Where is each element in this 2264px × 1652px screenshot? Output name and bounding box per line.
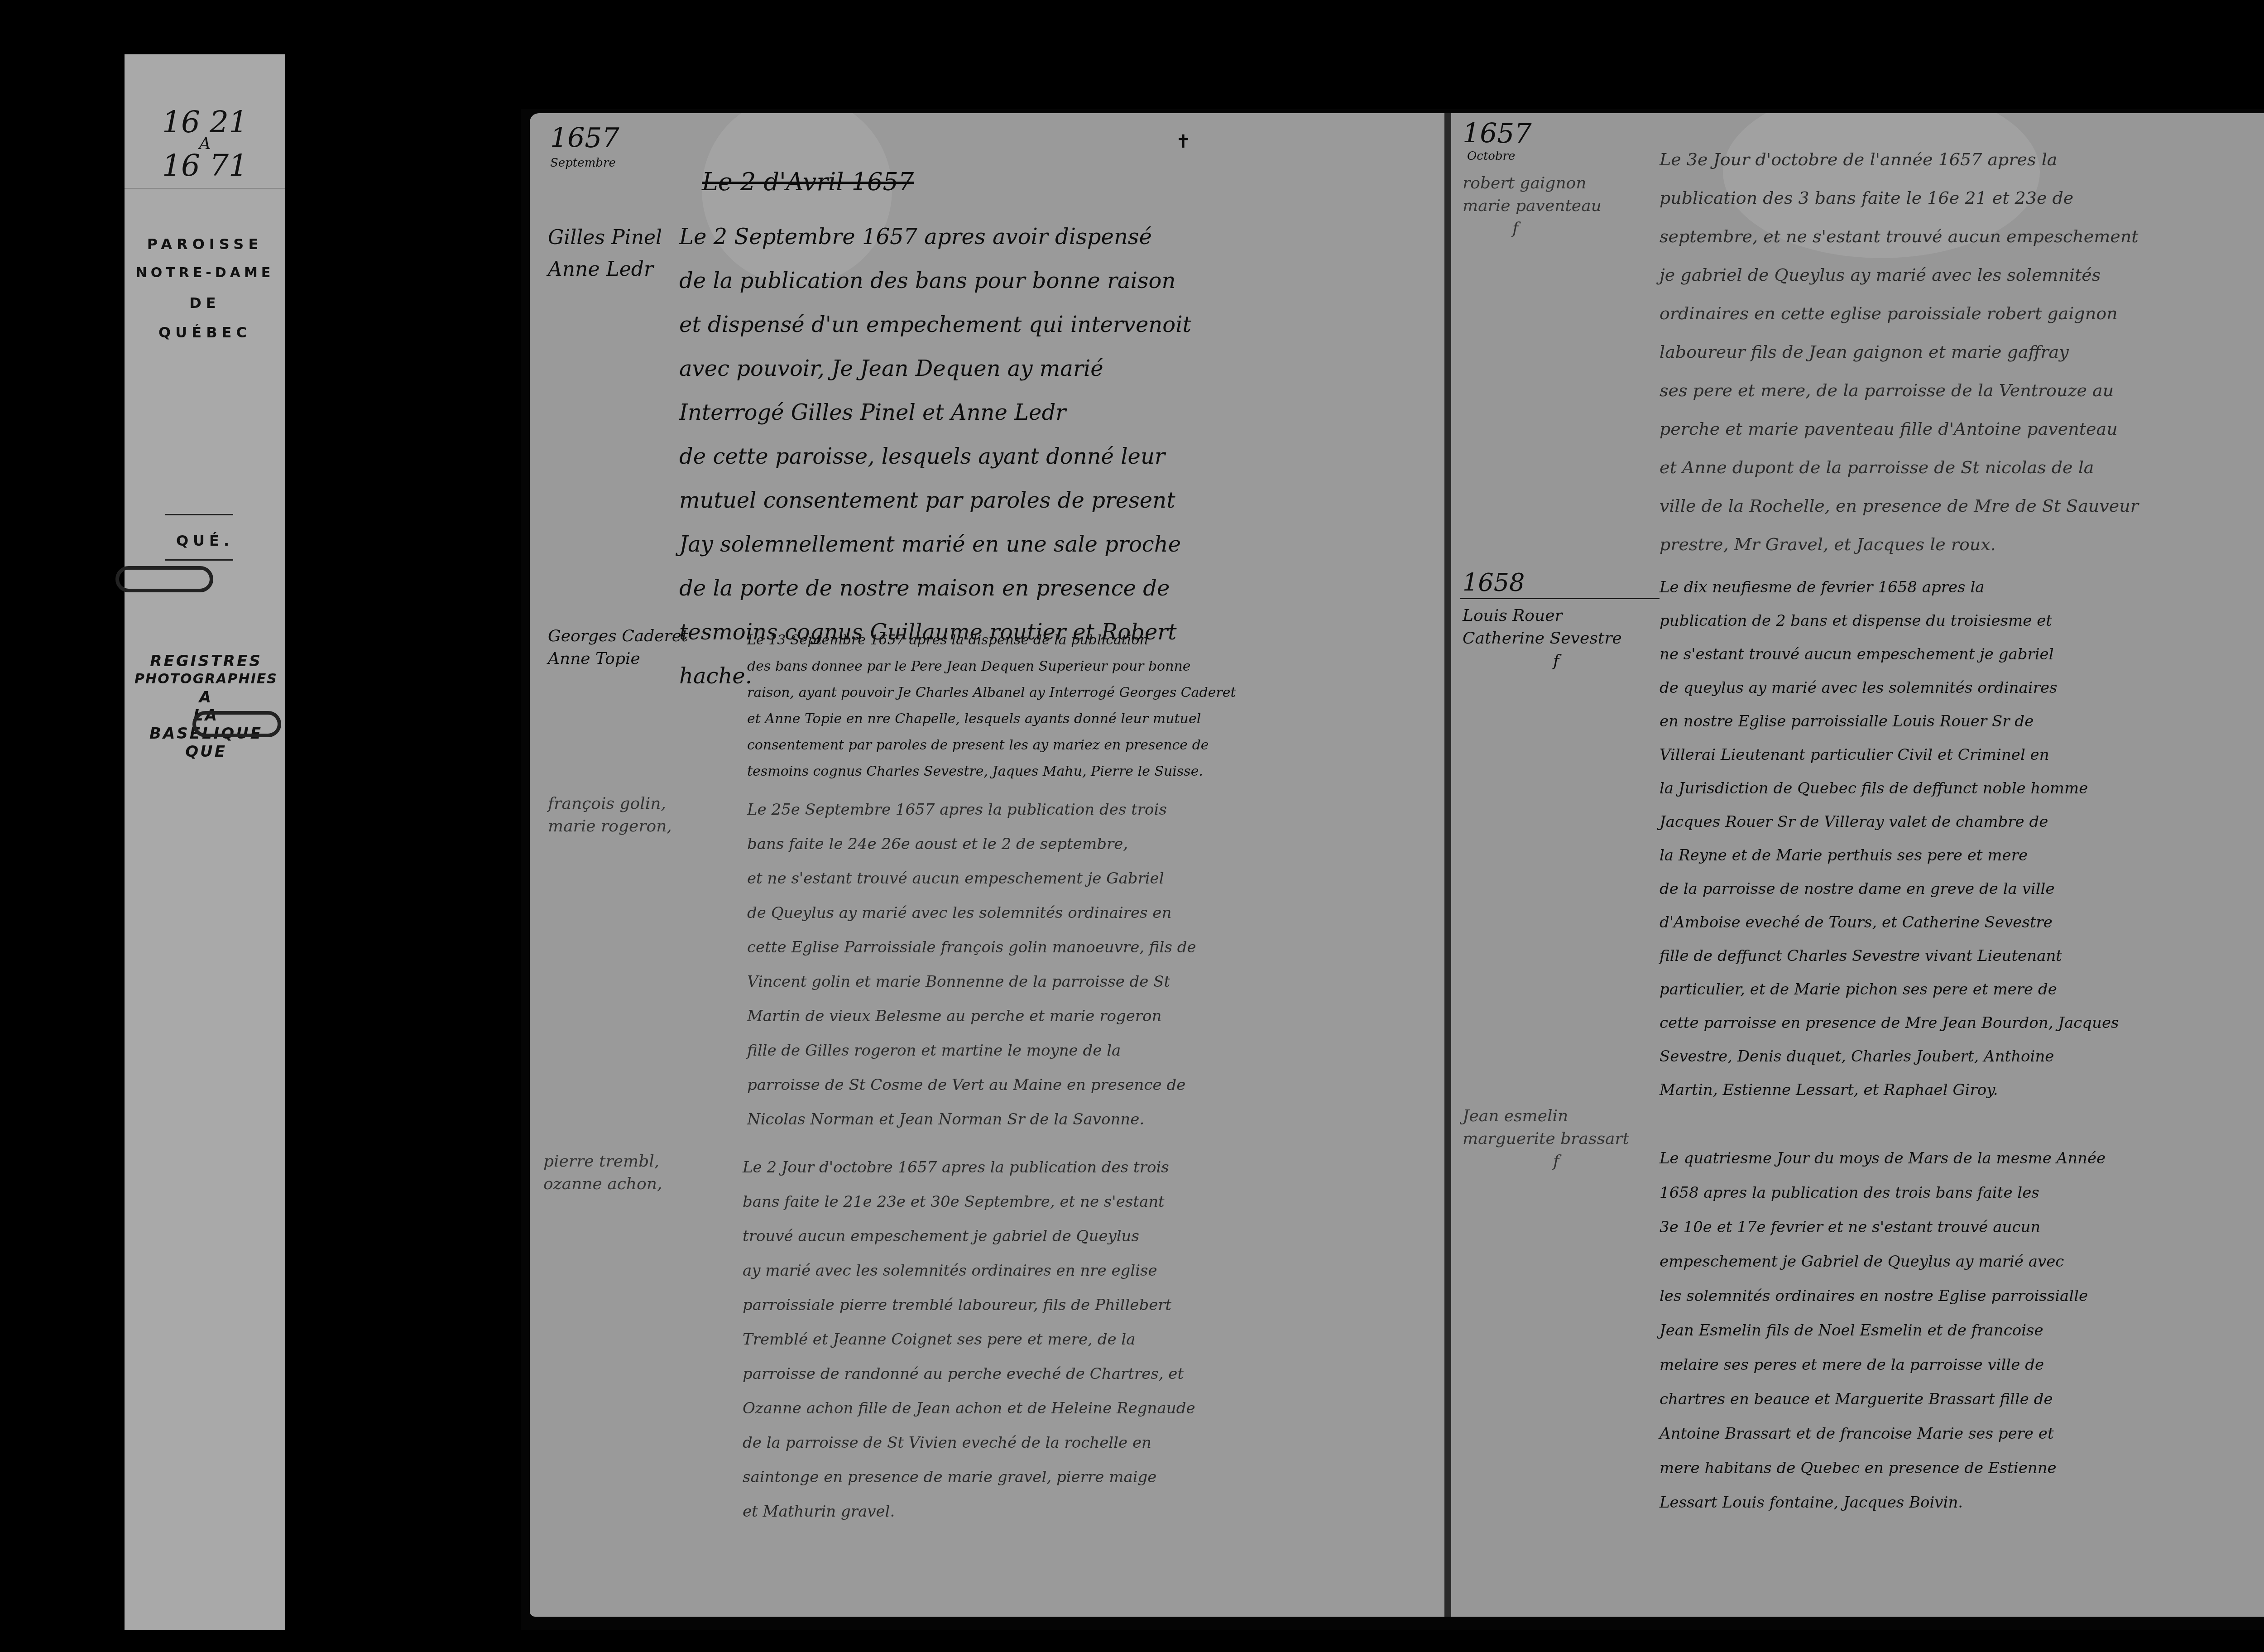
marriage-entry: Le dix neufiesme de fevrier 1658 apres l… (1660, 571, 2264, 1107)
tag-note: REGISTRES PHOTOGRAPHIES A LA BASELIQUE Q… (129, 652, 283, 761)
marginal-mark: f (1463, 650, 1622, 672)
tag-divider (165, 514, 233, 515)
marginal-mark: f (1463, 1150, 1629, 1173)
cross-icon: ✝ (1175, 131, 1191, 152)
groom-name: Georges Caderet (548, 625, 688, 648)
bride-name: marguerite brassart (1463, 1128, 1629, 1150)
tag-parish-4: QUÉBEC (125, 324, 285, 341)
margin-names: Georges Caderet Anne Topie (548, 625, 688, 670)
year-heading: 1658 (1463, 568, 1525, 597)
groom-name: Louis Rouer (1463, 605, 1622, 627)
margin-names: Louis Rouer Catherine Sevestre f (1463, 605, 1622, 672)
marriage-entry: Le 2 Jour d'octobre 1657 apres la public… (743, 1150, 1422, 1529)
tag-parish-1: PAROISSE (125, 235, 285, 253)
margin-names: Gilles Pinel Anne Ledr (548, 222, 662, 285)
marginal-mark: f (1463, 217, 1602, 240)
struck-title: Le 2 d'Avril 1657 (702, 168, 914, 196)
groom-name: Jean esmelin (1463, 1105, 1629, 1128)
tag-abbrev: QUÉ. (125, 532, 285, 549)
month-note: Septembre (550, 156, 616, 170)
tag-note-line: QUE (129, 743, 283, 761)
marriage-entry: Le 2 Septembre 1657 apres avoir dispensé… (679, 215, 1426, 698)
page-year: 1657 (550, 122, 619, 154)
groom-name: robert gaignon (1463, 172, 1602, 195)
tag-year-end: 16 71 (125, 152, 285, 179)
tag-fold (125, 188, 285, 189)
left-page: 1657 Septembre Le 2 d'Avril 1657 ✝ Gille… (530, 113, 1444, 1617)
year-underline (1460, 598, 1660, 599)
margin-names: robert gaignon marie paventeau f (1463, 172, 1602, 240)
marriage-entry: Le 13 Septembre 1657 apres la dispense d… (747, 627, 1426, 785)
bride-name: Anne Topie (548, 648, 688, 670)
paperclip-icon (115, 566, 213, 592)
tag-parish-2: NOTRE-DAME (125, 265, 285, 281)
finding-aid-tag: 16 21 A 16 71 PAROISSE NOTRE-DAME DE QUÉ… (125, 54, 285, 1630)
tag-note-line: A (129, 688, 283, 706)
tag-divider (165, 559, 233, 561)
margin-names: Jean esmelin marguerite brassart f (1463, 1105, 1629, 1173)
groom-name: Gilles Pinel (548, 222, 662, 254)
bride-name: ozanne achon, (543, 1173, 662, 1196)
month-note: Octobre (1467, 149, 1515, 163)
bride-name: Catherine Sevestre (1463, 627, 1622, 650)
tag-years: 16 21 A 16 71 (125, 109, 285, 179)
groom-name: pierre trembl, (543, 1150, 662, 1173)
margin-names: françois golin, marie rogeron, (548, 792, 672, 838)
marriage-entry: Le quatriesme Jour du moys de Mars de la… (1660, 1141, 2264, 1520)
page-year: 1657 (1463, 118, 1532, 149)
marriage-entry: Le 3e Jour d'octobre de l'année 1657 apr… (1660, 140, 2264, 564)
margin-names: pierre trembl, ozanne achon, (543, 1150, 662, 1196)
bride-name: Anne Ledr (548, 254, 662, 285)
right-page: 1657 Octobre 126 robert gaignon marie pa… (1451, 113, 2264, 1617)
tag-year-start: 16 21 (125, 109, 285, 136)
register-book: 1657 Septembre Le 2 d'Avril 1657 ✝ Gille… (521, 109, 2264, 1630)
marriage-entry: Le 25e Septembre 1657 apres la publicati… (747, 792, 1426, 1137)
tag-parish-3: DE (125, 294, 285, 312)
book-gutter (1444, 113, 1451, 1617)
paperclip-icon (192, 711, 281, 737)
tag-note-line: REGISTRES (129, 652, 283, 670)
tag-note-line: PHOTOGRAPHIES (129, 670, 283, 688)
groom-name: françois golin, (548, 792, 672, 815)
bride-name: marie paventeau (1463, 195, 1602, 217)
bride-name: marie rogeron, (548, 815, 672, 838)
